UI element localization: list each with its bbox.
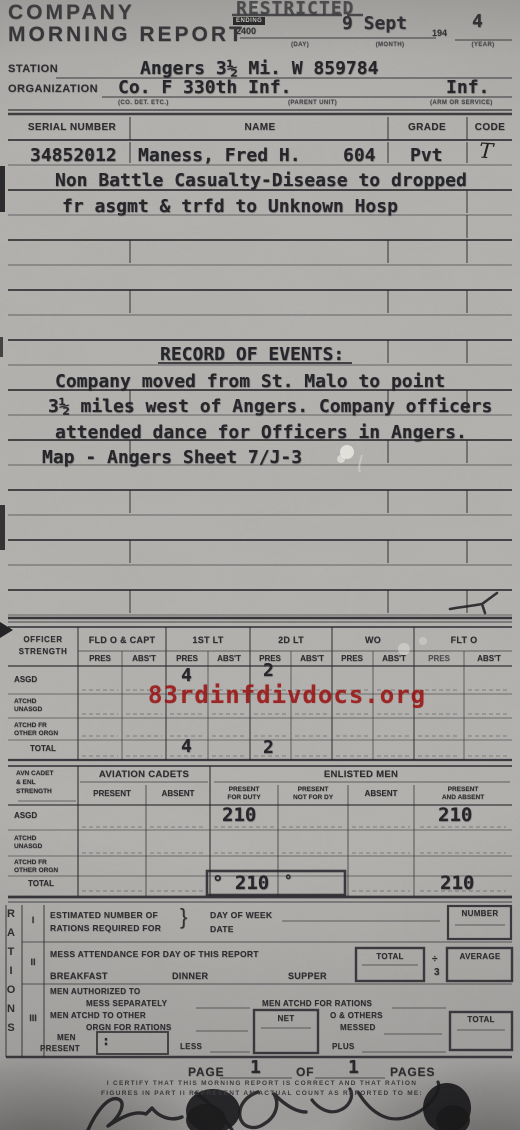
officer-pres-header-4: PRES xyxy=(341,655,363,663)
form-title-line1: COMPANY xyxy=(8,2,135,23)
record-of-events-title: RECORD OF EVENTS: xyxy=(160,346,344,364)
enlisted-label-line3: STRENGTH xyxy=(16,789,52,796)
rations-less-label: LESS xyxy=(180,1043,202,1051)
enlisted-col-pa-line1: PRESENT xyxy=(448,787,479,794)
month-sublabel: (MONTH) xyxy=(376,42,405,48)
enlisted-group-aviation-cadets: AVIATION CADETS xyxy=(99,770,189,780)
rations-day-of-week-label: DAY OF WEEK xyxy=(210,911,272,920)
officer-row-atchd-fr-2: OTHER ORGN xyxy=(14,731,58,738)
ending-time: 2400 xyxy=(236,27,256,36)
enlisted-row-asgd: ASGD xyxy=(14,812,37,820)
entry-remark-line2: fr asgmt & trfd to Unknown Hosp xyxy=(62,198,398,216)
rations-average-box-label: AVERAGE xyxy=(459,953,500,961)
rations-divide-sign: ÷ xyxy=(432,955,438,965)
enlisted-col-absent-2: ABSENT xyxy=(365,790,398,798)
rations-numeral-i: I xyxy=(32,916,35,925)
officer-total-2lt-pres-value: 2 xyxy=(263,739,274,757)
rations-numeral-iii: III xyxy=(29,1014,37,1023)
arm-service-value: Inf. xyxy=(446,79,489,97)
officer-abst-header-3: ABS'T xyxy=(300,655,324,663)
officer-asgd-2lt-pres-value: 2 xyxy=(263,662,274,680)
rations-supper-label: SUPPER xyxy=(288,972,327,981)
officer-group-1st-lt: 1ST LT xyxy=(192,636,223,645)
rations-vertical-label: RATIONS xyxy=(5,908,16,1054)
events-line3: attended dance for Officers in Angers. xyxy=(55,424,467,442)
rations-atchd-other-line2: ORGN FOR RATIONS xyxy=(86,1024,172,1032)
rations-date-label: DATE xyxy=(210,925,234,934)
officer-abst-header-5: ABS'T xyxy=(477,655,501,663)
rations-men-label: MEN xyxy=(57,1034,76,1042)
enlisted-label-line1: AVN CADET xyxy=(16,771,53,778)
station-label: STATION xyxy=(8,64,58,75)
entry-remark-line1: Non Battle Casualty-Disease to dropped xyxy=(55,172,467,190)
officer-group-fldo-capt: FLD O & CAPT xyxy=(89,636,156,645)
station-value: Angers 3½ Mi. W 859784 xyxy=(140,60,378,78)
officer-group-flt-o: FLT O xyxy=(451,636,478,645)
col-header-name: NAME xyxy=(244,123,275,133)
officer-group-wo: WO xyxy=(365,636,381,645)
entry-grade: Pvt xyxy=(410,147,443,165)
year-sublabel: (YEAR) xyxy=(471,42,494,48)
day-sublabel: (DAY) xyxy=(291,42,309,48)
rations-plus-label: PLUS xyxy=(332,1043,355,1051)
morning-report-scan: { "meta": { "document_type": "scanned WW… xyxy=(0,0,520,1130)
entry-name: Maness, Fred H. xyxy=(138,147,301,165)
officer-row-atchd-fr-1: ATCHD FR xyxy=(14,723,47,730)
rations-total-box-label: TOTAL xyxy=(376,953,403,961)
col-header-code: CODE xyxy=(475,123,506,133)
rations-authorized-line1: MEN AUTHORIZED TO xyxy=(50,988,140,996)
officer-abst-header-1: ABS'T xyxy=(132,655,156,663)
ending-label: ENDING xyxy=(233,17,265,25)
organization-label: ORGANIZATION xyxy=(8,84,98,95)
enlisted-row-atchd-2: UNASGD xyxy=(14,844,42,851)
officer-abst-header-2: ABS'T xyxy=(217,655,241,663)
officer-strength-label-line1: OFFICER xyxy=(23,636,62,644)
rations-breakfast-label: BREAKFAST xyxy=(50,972,108,981)
officer-pres-header-5: PRES xyxy=(428,655,450,663)
officer-row-total: TOTAL xyxy=(30,745,56,753)
enlisted-col-pfd-line2: FOR DUTY xyxy=(227,795,260,802)
form-title-line2: MORNING REPORT xyxy=(8,24,245,45)
enlisted-total-pnfd-mark: ° xyxy=(284,874,292,888)
rations-net-box-label: NET xyxy=(278,1015,295,1023)
enlisted-col-absent: ABSENT xyxy=(162,790,195,798)
enlisted-row-atchd-fr-1: ATCHD FR xyxy=(14,860,47,867)
page-label: PAGE xyxy=(188,1066,224,1078)
rations-numeral-ii: II xyxy=(30,958,35,967)
enlisted-row-total: TOTAL xyxy=(28,880,54,888)
rations-present-label: PRESENT xyxy=(40,1045,80,1053)
rations-brace: } xyxy=(180,906,187,928)
rations-atchd-other-line1: MEN ATCHD TO OTHER xyxy=(50,1012,146,1020)
enlisted-total-pfd-value: ° 210 xyxy=(212,874,269,893)
enlisted-asgd-pfd-value: 210 xyxy=(222,806,256,825)
events-line2: 3½ miles west of Angers. Company officer… xyxy=(48,398,492,416)
officer-total-1lt-pres-value: 4 xyxy=(181,738,192,756)
rations-number-box-label: NUMBER xyxy=(462,910,499,918)
rations-others-line1: O & OTHERS xyxy=(330,1012,383,1020)
rations-atchd-for-label: MEN ATCHD FOR RATIONS xyxy=(262,1000,372,1008)
officer-pres-header-2: PRES xyxy=(176,655,198,663)
officer-strength-label-line2: STRENGTH xyxy=(19,648,68,656)
certification-line1: I CERTIFY THAT THIS MORNING REPORT IS CO… xyxy=(107,1081,417,1088)
officer-pres-header-1: PRES xyxy=(89,655,111,663)
rations-dinner-label: DINNER xyxy=(172,972,208,981)
rations-estimated-line2: RATIONS REQUIRED FOR xyxy=(50,924,161,933)
rations-divide-by-three: 3 xyxy=(434,968,440,978)
classification-stamp: RESTRICTED xyxy=(236,0,354,18)
date-year-value: 4 xyxy=(472,13,483,31)
arm-service-sublabel: (ARM OR SERVICE) xyxy=(430,100,493,106)
officer-row-asgd: ASGD xyxy=(14,676,37,684)
enlisted-col-pa-line2: AND ABSENT xyxy=(442,795,484,802)
rations-estimated-line1: ESTIMATED NUMBER OF xyxy=(50,911,158,920)
pages-label: PAGES xyxy=(390,1066,435,1078)
officer-group-2d-lt: 2D LT xyxy=(278,636,304,645)
enlisted-col-pfd-line1: PRESENT xyxy=(229,787,260,794)
events-line4: Map - Angers Sheet 7/J-3 xyxy=(42,449,302,467)
enlisted-col-pnfd-line1: PRESENT xyxy=(298,787,329,794)
organization-value: Co. F 330th Inf. xyxy=(118,79,291,97)
website-watermark: 83rdinfdivdocs.org xyxy=(148,683,426,707)
date-day-month-value: 9 Sept xyxy=(342,15,407,33)
enlisted-asgd-pa-value: 210 xyxy=(438,806,472,825)
entry-mos: 604 xyxy=(343,147,376,165)
rations-others-line2: MESSED xyxy=(340,1024,376,1032)
events-line1: Company moved from St. Malo to point xyxy=(55,373,445,391)
total-pages-value: 1 xyxy=(348,1059,359,1077)
rations-total2-box-label: TOTAL xyxy=(467,1016,494,1024)
co-det-sublabel: (CO. DET. ETC.) xyxy=(118,100,169,106)
of-label: OF xyxy=(296,1066,314,1078)
enlisted-col-present: PRESENT xyxy=(93,790,131,798)
entry-serial-number: 34852012 xyxy=(30,147,117,165)
enlisted-group-enlisted-men: ENLISTED MEN xyxy=(324,770,398,780)
rations-mess-attendance-title: MESS ATTENDANCE FOR DAY OF THIS REPORT xyxy=(50,950,259,959)
rations-authorized-line2: MESS SEPARATELY xyxy=(86,1000,167,1008)
enlisted-col-pnfd-line2: NOT FOR DY xyxy=(293,795,333,802)
certification-line2: FIGURES IN PART II REPRESENT AN ACTUAL C… xyxy=(101,1091,423,1098)
officer-row-atchd-unasgd-2: UNASGD xyxy=(14,707,42,714)
page-number-value: 1 xyxy=(250,1059,261,1077)
col-header-serial-number: SERIAL NUMBER xyxy=(28,123,116,133)
enlisted-label-line2: & ENL xyxy=(16,780,36,787)
parent-unit-sublabel: (PARENT UNIT) xyxy=(288,100,337,106)
col-header-grade: GRADE xyxy=(408,123,446,133)
entry-code: T xyxy=(478,141,493,163)
officer-abst-header-4: ABS'T xyxy=(382,655,406,663)
officer-row-atchd-unasgd-1: ATCHD xyxy=(14,699,36,706)
rations-men-present-mark: : xyxy=(102,1035,110,1048)
enlisted-row-atchd-1: ATCHD xyxy=(14,836,36,843)
enlisted-row-atchd-fr-2: OTHER ORGN xyxy=(14,868,58,875)
year-printed: 194 xyxy=(432,29,447,38)
enlisted-total-pa-value: 210 xyxy=(440,874,474,893)
